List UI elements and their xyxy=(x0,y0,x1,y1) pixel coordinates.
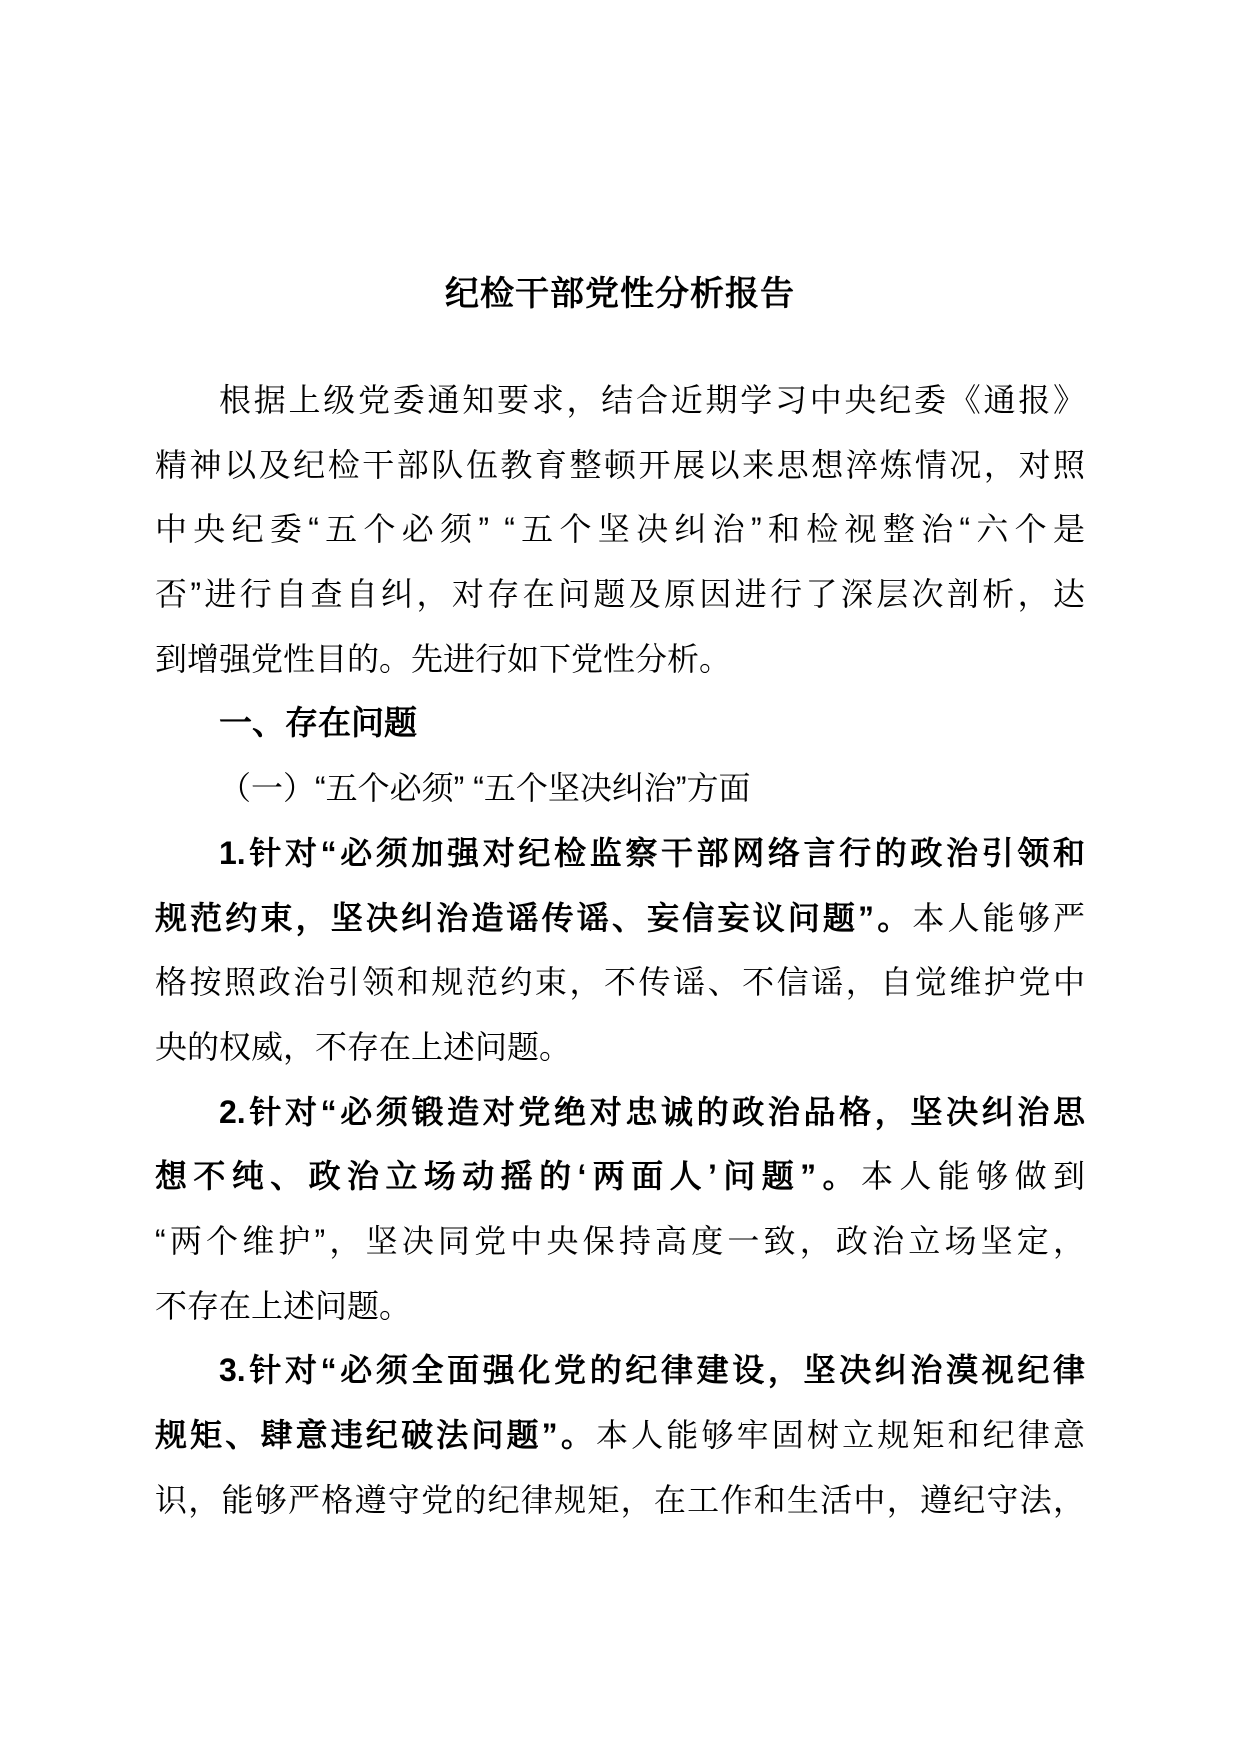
item-3-line-2: 规矩、肆意违纪破法问题”。本人能够牢固树立规矩和纪律意 xyxy=(155,1403,1085,1468)
a4-page: 纪检干部党性分析报告 根据上级党委通知要求，结合近期学习中央纪委《通报》 精神以… xyxy=(0,0,1240,1754)
intro-line-5: 到增强党性目的。先进行如下党性分析。 xyxy=(155,627,1085,692)
bold-run: 规范约束，坚决纠治造谣传谣、妄信妄议问题”。 xyxy=(155,900,912,936)
text-run: 中央纪委“五个必须” “五个坚决纠治”和检视整治“六个是 xyxy=(155,511,1085,547)
bold-run: 规矩、肆意违纪破法问题”。 xyxy=(155,1417,596,1453)
item-3-line-1: 3.针对“必须全面强化党的纪律建设，坚决纠治漠视纪律 xyxy=(155,1338,1085,1403)
intro-line-1: 根据上级党委通知要求，结合近期学习中央纪委《通报》 xyxy=(155,368,1085,433)
document-title: 纪检干部党性分析报告 xyxy=(155,262,1085,327)
text-run: “两个维护”，坚决同党中央保持高度一致，政治立场坚定， xyxy=(155,1223,1085,1259)
section-1-heading: 一、存在问题 xyxy=(155,691,1085,756)
item-2-line-1: 2.针对“必须锻造对党绝对忠诚的政治品格，坚决纠治思 xyxy=(155,1080,1085,1145)
item-1-line-1: 1.针对“必须加强对纪检监察干部网络言行的政治引领和 xyxy=(155,821,1085,886)
item-2-line-2: 想不纯、政治立场动摇的‘两面人’问题”。本人能够做到 xyxy=(155,1144,1085,1209)
text-run: 本人能够牢固树立规矩和纪律意 xyxy=(596,1417,1085,1453)
text-run: 不存在上述问题。 xyxy=(155,1288,411,1324)
text-run: 格按照政治引领和规范约束，不传谣、不信谣，自觉维护党中 xyxy=(155,964,1085,1000)
intro-line-2: 精神以及纪检干部队伍教育整顿开展以来思想淬炼情况，对照 xyxy=(155,433,1085,498)
intro-line-4: 否”进行自查自纠，对存在问题及原因进行了深层次剖析，达 xyxy=(155,562,1085,627)
item-1-line-2: 规范约束，坚决纠治造谣传谣、妄信妄议问题”。本人能够严 xyxy=(155,886,1085,951)
item-1-line-3: 格按照政治引领和规范约束，不传谣、不信谣，自觉维护党中 xyxy=(155,950,1085,1015)
bold-run: 3.针对“必须全面强化党的纪律建设，坚决纠治漠视纪律 xyxy=(219,1352,1085,1388)
item-1-line-4: 央的权威，不存在上述问题。 xyxy=(155,1015,1085,1080)
text-run: 本人能够严 xyxy=(912,900,1085,936)
document-body: 根据上级党委通知要求，结合近期学习中央纪委《通报》 精神以及纪检干部队伍教育整顿… xyxy=(155,368,1085,1532)
bold-run: 2.针对“必须锻造对党绝对忠诚的政治品格，坚决纠治思 xyxy=(219,1094,1085,1130)
section-1-1-subheading: （一）“五个必须” “五个坚决纠治”方面 xyxy=(155,756,1085,821)
text-run: 根据上级党委通知要求，结合近期学习中央纪委《通报》 xyxy=(219,382,1085,418)
text-run: 到增强党性目的。先进行如下党性分析。 xyxy=(155,641,731,677)
item-3-line-3: 识，能够严格遵守党的纪律规矩，在工作和生活中，遵纪守法， xyxy=(155,1468,1085,1533)
document-content: 纪检干部党性分析报告 根据上级党委通知要求，结合近期学习中央纪委《通报》 精神以… xyxy=(155,0,1085,1532)
text-run: 否”进行自查自纠，对存在问题及原因进行了深层次剖析，达 xyxy=(155,576,1085,612)
text-run: 精神以及纪检干部队伍教育整顿开展以来思想淬炼情况，对照 xyxy=(155,447,1085,483)
text-run: 央的权威，不存在上述问题。 xyxy=(155,1029,571,1065)
bold-run: 1.针对“必须加强对纪检监察干部网络言行的政治引领和 xyxy=(219,835,1085,871)
intro-line-3: 中央纪委“五个必须” “五个坚决纠治”和检视整治“六个是 xyxy=(155,497,1085,562)
bold-run: 想不纯、政治立场动摇的‘两面人’问题”。 xyxy=(155,1158,861,1194)
text-run: 本人能够做到 xyxy=(861,1158,1085,1194)
text-run: 识，能够严格遵守党的纪律规矩，在工作和生活中，遵纪守法， xyxy=(155,1482,1085,1518)
item-2-line-3: “两个维护”，坚决同党中央保持高度一致，政治立场坚定， xyxy=(155,1209,1085,1274)
item-2-line-4: 不存在上述问题。 xyxy=(155,1274,1085,1339)
